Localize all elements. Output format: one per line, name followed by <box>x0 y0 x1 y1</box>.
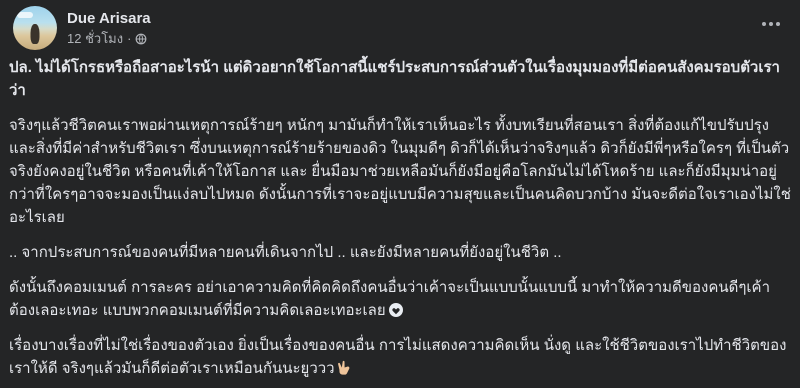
ellipsis-dot <box>762 22 766 26</box>
paragraph-text: จริงๆแล้วชีวิตคนเราพอผ่านเหตุการณ์ร้ายๆ … <box>9 117 791 226</box>
victory-hand-emoji-icon <box>337 360 353 376</box>
post-paragraph: จริงๆแล้วชีวิตคนเราพอผ่านเหตุการณ์ร้ายๆ … <box>9 114 791 229</box>
more-options-button[interactable] <box>758 14 784 34</box>
globe-icon <box>135 33 147 45</box>
author-name[interactable]: Due Arisara <box>67 9 151 28</box>
facebook-post: Due Arisara 12 ชั่วโมง · ปล. ไม่ได้โกรธห… <box>0 0 800 388</box>
post-header: Due Arisara 12 ชั่วโมง · <box>0 0 800 52</box>
post-meta: 12 ชั่วโมง · <box>67 30 151 47</box>
ellipsis-dot <box>776 22 780 26</box>
paragraph-text: .. จากประสบการณ์ของคนที่มีหลายคนที่เดินจ… <box>9 244 562 261</box>
timestamp[interactable]: 12 ชั่วโมง <box>67 30 123 47</box>
post-body: ปล. ไม่ได้โกรธหรือถือสาอะไรน้า แต่ดิวอยา… <box>0 52 800 380</box>
paragraph-text: เรื่องบางเรื่องที่ไม่ใช่เรื่องของตัวเอง … <box>9 337 786 377</box>
header-text: Due Arisara 12 ชั่วโมง · <box>67 9 151 47</box>
post-paragraph: ดังนั้นถึงคอมเมนต์ การละคร อย่าเอาความคิ… <box>9 276 791 322</box>
paragraph-text: ปล. ไม่ได้โกรธหรือถือสาอะไรน้า แต่ดิวอยา… <box>9 59 780 99</box>
post-paragraph: ปล. ไม่ได้โกรธหรือถือสาอะไรน้า แต่ดิวอยา… <box>9 56 791 102</box>
meta-separator: · <box>127 30 131 47</box>
post-paragraph: .. จากประสบการณ์ของคนที่มีหลายคนที่เดินจ… <box>9 241 791 264</box>
heart-hands-emoji-icon <box>388 302 404 318</box>
avatar[interactable] <box>13 6 57 50</box>
post-paragraph: เรื่องบางเรื่องที่ไม่ใช่เรื่องของตัวเอง … <box>9 334 791 380</box>
ellipsis-dot <box>769 22 773 26</box>
